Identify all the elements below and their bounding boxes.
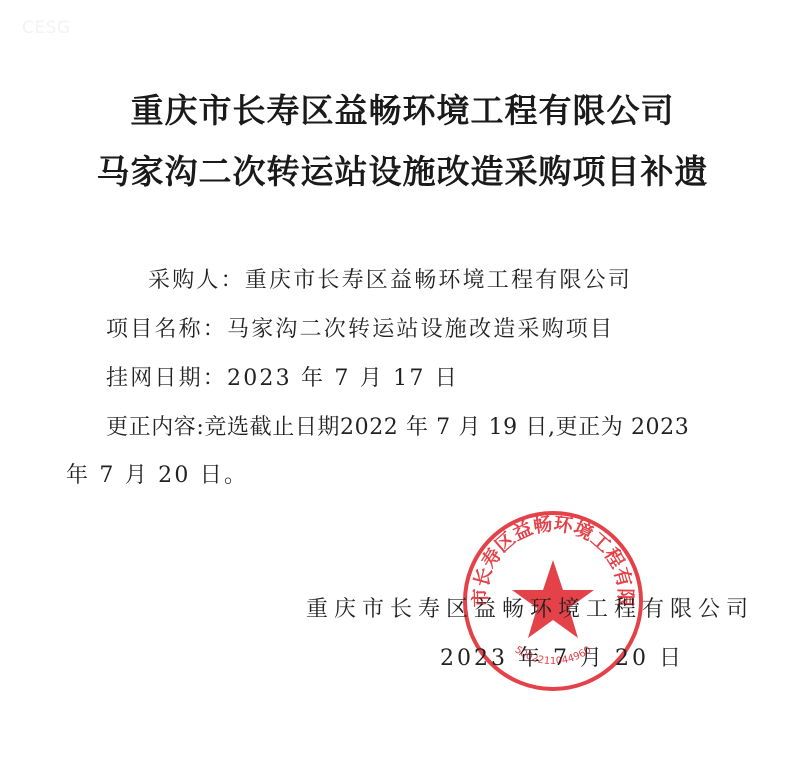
correction-line-1: 更正内容:竞选截止日期2022 年 7 月 19 日,更正为 2023 [106, 410, 689, 441]
watermark: CESG [22, 18, 71, 38]
purchaser-line: 采购人：重庆市长寿区益畅环境工程有限公司 [148, 263, 632, 294]
document-title-line1: 重庆市长寿区益畅环境工程有限公司 [0, 85, 805, 132]
document-title-line2: 马家沟二次转运站设施改造采购项目补遗 [0, 146, 805, 193]
correction-line-2: 年 7 月 20 日。 [66, 458, 248, 489]
signature-company: 重庆市长寿区益畅环境工程有限公司 [306, 592, 754, 623]
signature-date: 2023 年 7 月 20 日 [440, 641, 684, 672]
publish-date-line: 挂网日期：2023 年 7 月 17 日 [106, 361, 459, 392]
project-name-line: 项目名称：马家沟二次转运站设施改造采购项目 [106, 312, 614, 343]
